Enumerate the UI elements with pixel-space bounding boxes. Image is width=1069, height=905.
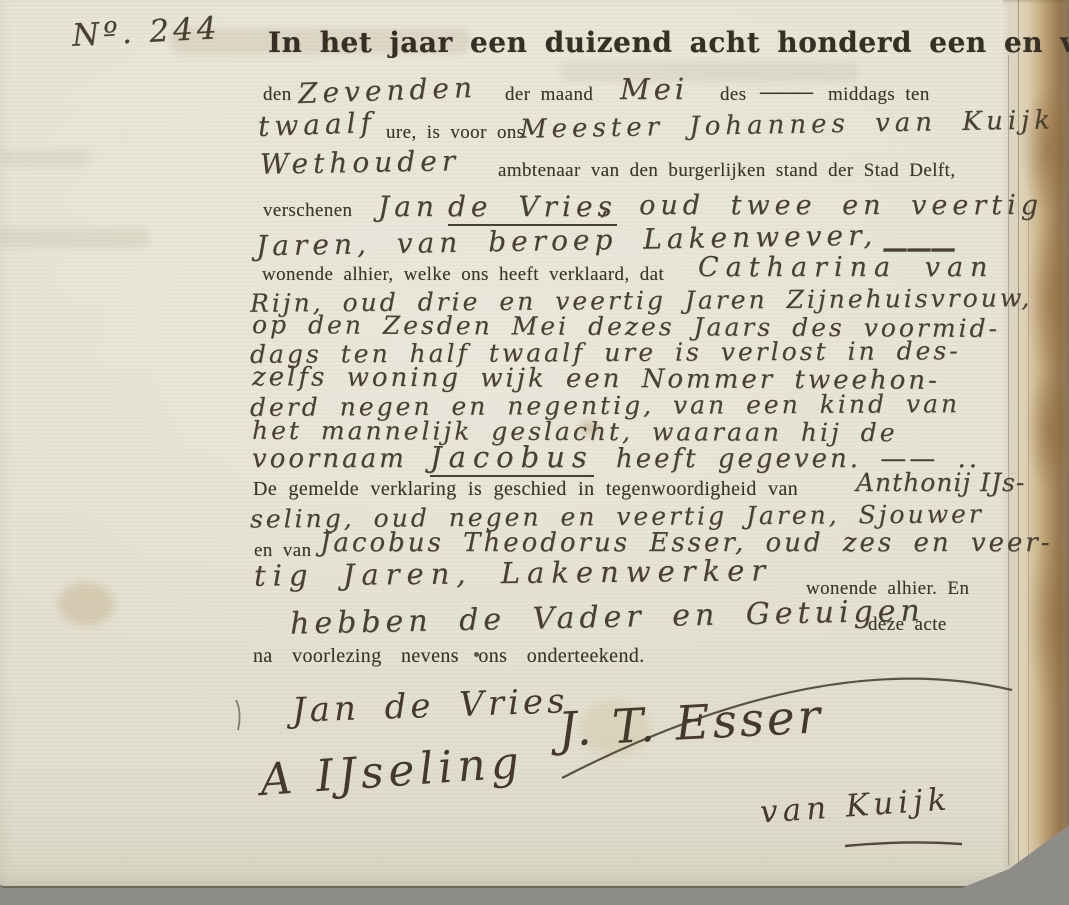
scanned-birth-record: { "page": { "background_color": "#8d8c87…: [0, 0, 1069, 905]
handwritten-month: Mei: [620, 72, 688, 106]
handwritten-mother-name: Catharina van: [698, 252, 994, 283]
printed-deze-acte: deze acte: [868, 614, 947, 636]
printed-ure-voor-ons: ure, is voor ons: [386, 122, 525, 144]
document-scan: Nº. 244 In het jaar een duizend acht hon…: [0, 0, 1069, 905]
handwritten-declarant-first: Jan: [378, 190, 439, 223]
handwritten-official-title: Wethouder: [260, 144, 461, 180]
printed-ambtenaar-line: ambtenaar van den burgerlijken stand der…: [498, 160, 955, 182]
handwritten-witness1-start: Anthonij IJs-: [856, 468, 1025, 497]
printed-na-voorlezing: na voorlezing nevens ons onderteekend.: [253, 645, 645, 668]
handwritten-declarant-surname: de Vries: [448, 190, 617, 226]
printed-year-line: In het jaar een duizend acht honderd een…: [268, 26, 1069, 59]
handwritten-witness2-rest: tig Jaren, Lakenwerker: [254, 553, 772, 592]
printed-der-maand: der maand: [505, 84, 593, 106]
handwritten-declarant-age: , oud twee en veertig: [600, 190, 1043, 221]
printed-wonende-alhier: wonende alhier, welke ons heeft verklaar…: [262, 264, 664, 286]
printed-den: den: [263, 84, 292, 106]
printed-middags-ten: middags ten: [828, 84, 930, 106]
handwritten-voornaam: voornaam: [252, 444, 407, 474]
blank-dash: ———: [760, 82, 811, 104]
handwritten-child-name: Jacobus: [430, 440, 594, 477]
page-edge-line: [1008, 55, 1009, 865]
handwritten-day: Zevenden: [297, 71, 477, 110]
printed-gemelde-verklaring: De gemelde verklaring is geschied in teg…: [253, 478, 798, 501]
handwritten-hour: twaalf: [257, 106, 376, 143]
printed-des: des: [720, 84, 747, 106]
printed-verschenen: verschenen: [263, 200, 352, 222]
